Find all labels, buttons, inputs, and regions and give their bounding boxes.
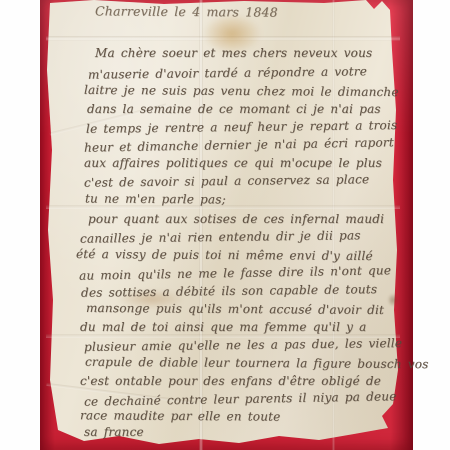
letter-line: m'auserie d'avoir tardé a répondre a vot… <box>88 65 367 80</box>
letter-line: sa france <box>84 426 144 438</box>
letter-line: heur et dimanche dernier je n'ai pa écri… <box>84 136 394 153</box>
letter-line: canailles je n'ai rien entendu dir je di… <box>80 229 361 244</box>
letter-line: des sottises a débité ils son capable de… <box>81 283 377 299</box>
letter-line: au moin qu'ils ne me le fasse dire ils n… <box>79 264 391 281</box>
letter-line: du mal de toi ainsi que ma femme qu'il y… <box>80 321 366 333</box>
letter-line: aux affaires politiques ce qui m'ocupe l… <box>84 157 382 169</box>
letter-heading: Charreville le 4 mars 1848 <box>95 5 278 19</box>
letter-line: Ma chère soeur et mes chers neveux vous <box>95 47 372 59</box>
letter-line: c'est de savoir si paul a conservez sa p… <box>84 173 369 188</box>
letter-line: le temps je rentre a neuf heur je repart… <box>86 119 397 135</box>
letter-line: dans la semaine de ce momant ci je n'ai … <box>87 103 381 115</box>
letter-line: été a vissy de puis toi ni même envi d'y… <box>76 248 373 262</box>
letter-line: ce dechainé contre leur parents il niya … <box>84 390 397 407</box>
letter-line: laitre je ne suis pas venu chez moi le d… <box>84 84 399 98</box>
letter-line: race maudite par elle en toute <box>80 409 281 422</box>
letter-line: pour quant aux sotises de ces infernal m… <box>88 213 384 225</box>
letter-line: tu ne m'en parle pas; <box>85 193 226 206</box>
handwritten-text: Charreville le 4 mars 1848 Ma chère soeu… <box>0 0 450 450</box>
letter-line: plusieur amie qu'elle ne les a pas due, … <box>84 337 402 353</box>
letter-line: c'est ontable pour des enfans d'être obl… <box>80 375 381 387</box>
letter-photo: Charreville le 4 mars 1848 Ma chère soeu… <box>0 0 450 450</box>
letter-line: mansonge puis qu'ils m'ont accusé d'avoi… <box>86 302 384 316</box>
letter-line: crapule de diable leur tournera la figur… <box>85 356 429 370</box>
